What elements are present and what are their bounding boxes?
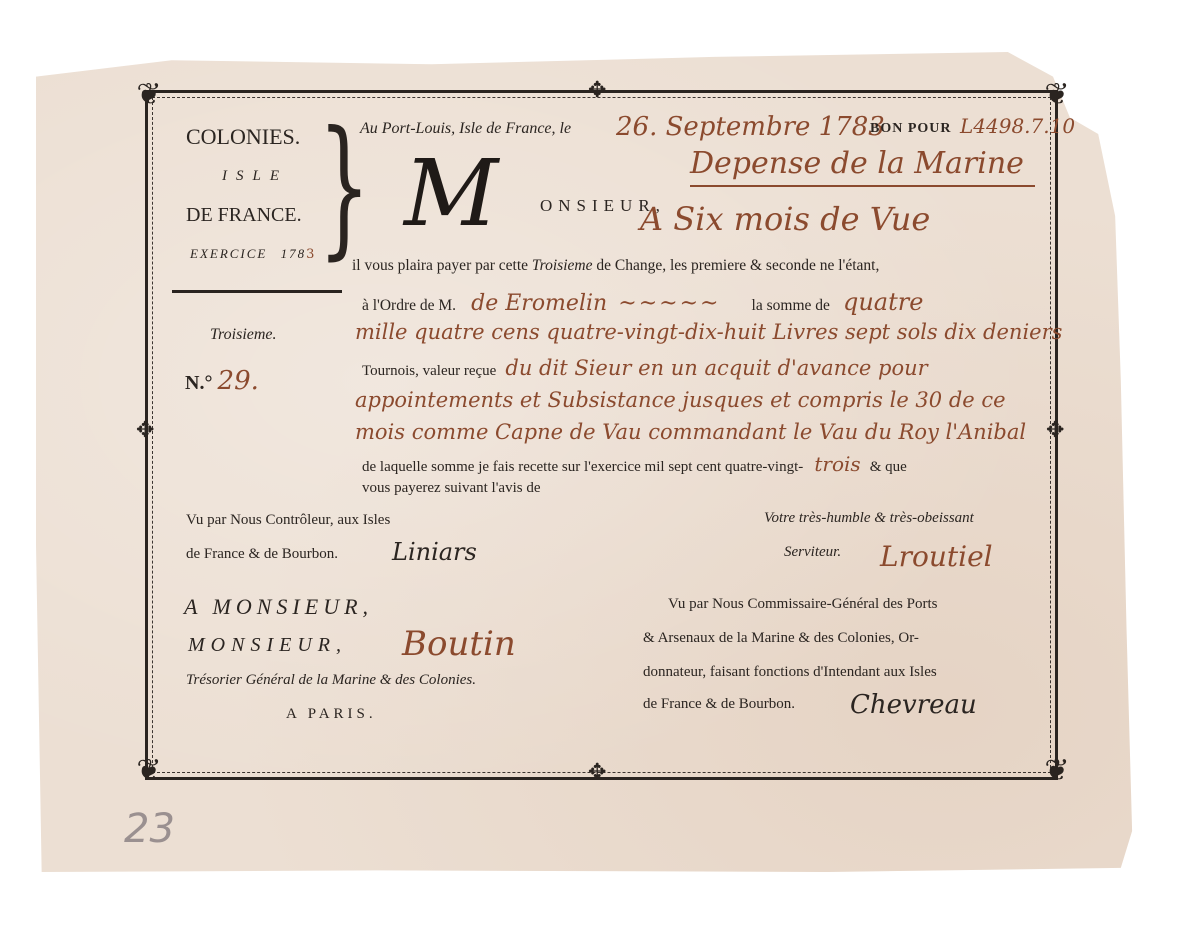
exercise-year-printed: 178 xyxy=(281,246,307,261)
center-flourish-icon: ✥ xyxy=(588,80,606,102)
closing-line-1: Votre très-humble & très-obeissant xyxy=(764,510,974,527)
bon-pour-amount: L4498.7.10 xyxy=(960,114,1075,138)
panel-divider xyxy=(172,290,342,293)
commissary-line-2: & Arsenaux de la Marine & des Colonies, … xyxy=(643,630,919,647)
account-underline xyxy=(690,185,1035,187)
body-line-7: de laquelle somme je fais recette sur l'… xyxy=(362,452,907,476)
body-line-1: il vous plaira payer par cette Troisieme… xyxy=(352,257,879,275)
copy-label: Troisieme. xyxy=(210,326,277,344)
term-handwritten: A Six mois de Vue xyxy=(640,200,930,238)
body-line-2: à l'Ordre de M. de Eromelin ~~~~~ la som… xyxy=(362,288,923,316)
rank-handwritten: mois comme Capne de Vau commandant le Va… xyxy=(355,420,1026,444)
order-label: à l'Ordre de M. xyxy=(362,297,456,314)
drawer-signature: Lroutiel xyxy=(880,540,993,573)
controller-line-1: Vu par Nous Contrôleur, aux Isles xyxy=(186,512,390,529)
commissary-line-1: Vu par Nous Commissaire-Général des Port… xyxy=(668,596,937,613)
colonies-heading: COLONIES. xyxy=(186,124,300,150)
center-flourish-icon: ✥ xyxy=(588,762,606,784)
commissary-line-3: donnateur, faisant fonctions d'Intendant… xyxy=(643,664,937,681)
advice-clause: vous payerez suivant l'avis de xyxy=(362,480,540,497)
number-value: 29. xyxy=(218,366,259,396)
number-label: N.° xyxy=(185,372,212,394)
value-handwritten: du dit Sieur en un acquit d'avance pour xyxy=(505,356,927,380)
commissary-line-4: de France & de Bourbon. xyxy=(643,696,795,713)
controller-signature: Liniars xyxy=(392,538,477,566)
purpose-handwritten: appointements et Subsistance jusques et … xyxy=(355,388,1006,412)
side-flourish-icon: ✥ xyxy=(136,420,154,442)
receipt-clause: de laquelle somme je fais recette sur l'… xyxy=(362,459,803,475)
treasurer-signature: Boutin xyxy=(402,624,516,664)
amount-start-handwritten: quatre xyxy=(843,288,923,316)
receipt-clause-end: & que xyxy=(870,459,907,475)
troisieme-italic: Troisieme xyxy=(532,257,593,274)
salutation-initial: M xyxy=(404,148,498,240)
addressee-line-1: A MONSIEUR, xyxy=(184,594,373,620)
scroll-ornament-icon: ❦ xyxy=(132,78,166,112)
closing-line-2: Serviteur. xyxy=(784,544,841,561)
side-flourish-icon: ✥ xyxy=(1046,420,1064,442)
scroll-ornament-icon: ❦ xyxy=(1040,78,1074,112)
addressee-city: A PARIS. xyxy=(286,706,377,723)
exercise-label: EXERCICE 1783 xyxy=(190,246,316,262)
amount-words-handwritten: mille quatre cens quatre-vingt-dix-huit … xyxy=(355,320,1062,344)
sum-label: la somme de xyxy=(752,297,830,314)
year-handwritten: trois xyxy=(814,452,860,476)
bon-pour-label: BON POUR xyxy=(870,121,952,137)
value-received-label: Tournois, valeur reçue xyxy=(362,363,496,379)
isle-heading: ISLE xyxy=(222,168,288,185)
scroll-ornament-icon: ❦ xyxy=(1040,754,1074,788)
exercise-year-handwritten: 3 xyxy=(306,247,316,262)
bill-number: N.° 29. xyxy=(185,366,259,396)
commissary-signature: Chevreau xyxy=(850,690,977,720)
payee-handwritten: de Eromelin xyxy=(471,291,607,316)
controller-line-2: de France & de Bourbon. xyxy=(186,546,338,563)
exercise-label-text: EXERCICE xyxy=(190,246,267,261)
place-line: Au Port-Louis, Isle de France, le xyxy=(360,120,571,138)
body-line-4: Tournois, valeur reçue du dit Sieur en u… xyxy=(362,356,928,380)
body-line-1-rest: de Change, les premiere & seconde ne l'é… xyxy=(596,257,879,274)
salutation-rest: ONSIEUR, xyxy=(540,196,666,216)
addressee-line-2: MONSIEUR, xyxy=(188,634,347,657)
account-handwritten: Depense de la Marine xyxy=(690,146,1024,181)
body-line-1-text: il vous plaira payer par cette xyxy=(352,257,528,274)
date-handwritten: 26. Septembre 1783 xyxy=(616,112,885,142)
de-france-heading: DE FRANCE. xyxy=(186,204,302,227)
addressee-title: Trésorier Général de la Marine & des Col… xyxy=(186,672,476,689)
scroll-ornament-icon: ❦ xyxy=(132,754,166,788)
pencil-number: 23 xyxy=(124,806,175,852)
